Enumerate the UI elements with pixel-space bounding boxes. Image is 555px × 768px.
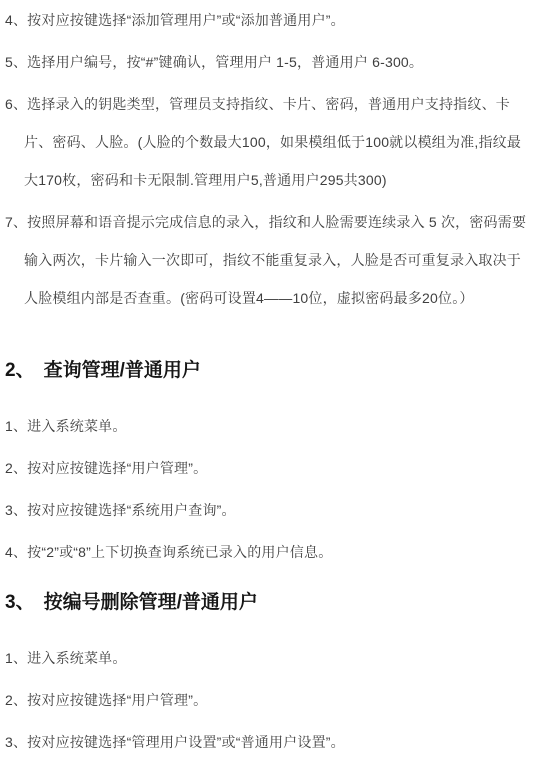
list-item: 3、按对应按键选择“系统用户查询”。 xyxy=(5,491,535,529)
list-item: 1、进入系统菜单。 xyxy=(5,639,535,677)
list-item: 4、按“2”或“8”上下切换查询系统已录入的用户信息。 xyxy=(5,533,535,571)
list-item: 2、按对应按键选择“用户管理”。 xyxy=(5,681,535,719)
heading-number: 2、 xyxy=(5,360,35,381)
section-heading: 2、查询管理/普通用户 xyxy=(5,357,535,385)
list-item: 6、选择录入的钥匙类型，管理员支持指纹、卡片、密码，普通用户支持指纹、卡片、密码… xyxy=(5,85,535,199)
list-item: 1、进入系统菜单。 xyxy=(5,407,535,445)
heading-title: 查询管理/普通用户 xyxy=(44,360,201,381)
section-heading: 3、按编号删除管理/普通用户 xyxy=(5,589,535,617)
heading-number: 3、 xyxy=(5,592,35,613)
list-item: 4、按对应按键选择“添加管理用户”或“添加普通用户”。 xyxy=(5,1,535,39)
heading-title: 按编号删除管理/普通用户 xyxy=(44,592,258,613)
list-item: 7、按照屏幕和语音提示完成信息的录入，指纹和人脸需要连续录入 5 次，密码需要输… xyxy=(5,203,535,317)
section-delete-users: 3、按编号删除管理/普通用户 1、进入系统菜单。 2、按对应按键选择“用户管理”… xyxy=(5,589,535,761)
list-item: 2、按对应按键选择“用户管理”。 xyxy=(5,449,535,487)
list-item: 5、选择用户编号，按“#”键确认，管理用户 1-5，普通用户 6-300。 xyxy=(5,43,535,81)
section-add-user-steps: 4、按对应按键选择“添加管理用户”或“添加普通用户”。 5、选择用户编号，按“#… xyxy=(5,1,535,317)
section-query-users: 2、查询管理/普通用户 1、进入系统菜单。 2、按对应按键选择“用户管理”。 3… xyxy=(5,357,535,571)
list-item: 3、按对应按键选择“管理用户设置”或“普通用户设置”。 xyxy=(5,723,535,761)
document-body: 4、按对应按键选择“添加管理用户”或“添加普通用户”。 5、选择用户编号，按“#… xyxy=(0,0,555,768)
manual-page: 4、按对应按键选择“添加管理用户”或“添加普通用户”。 5、选择用户编号，按“#… xyxy=(0,0,555,768)
